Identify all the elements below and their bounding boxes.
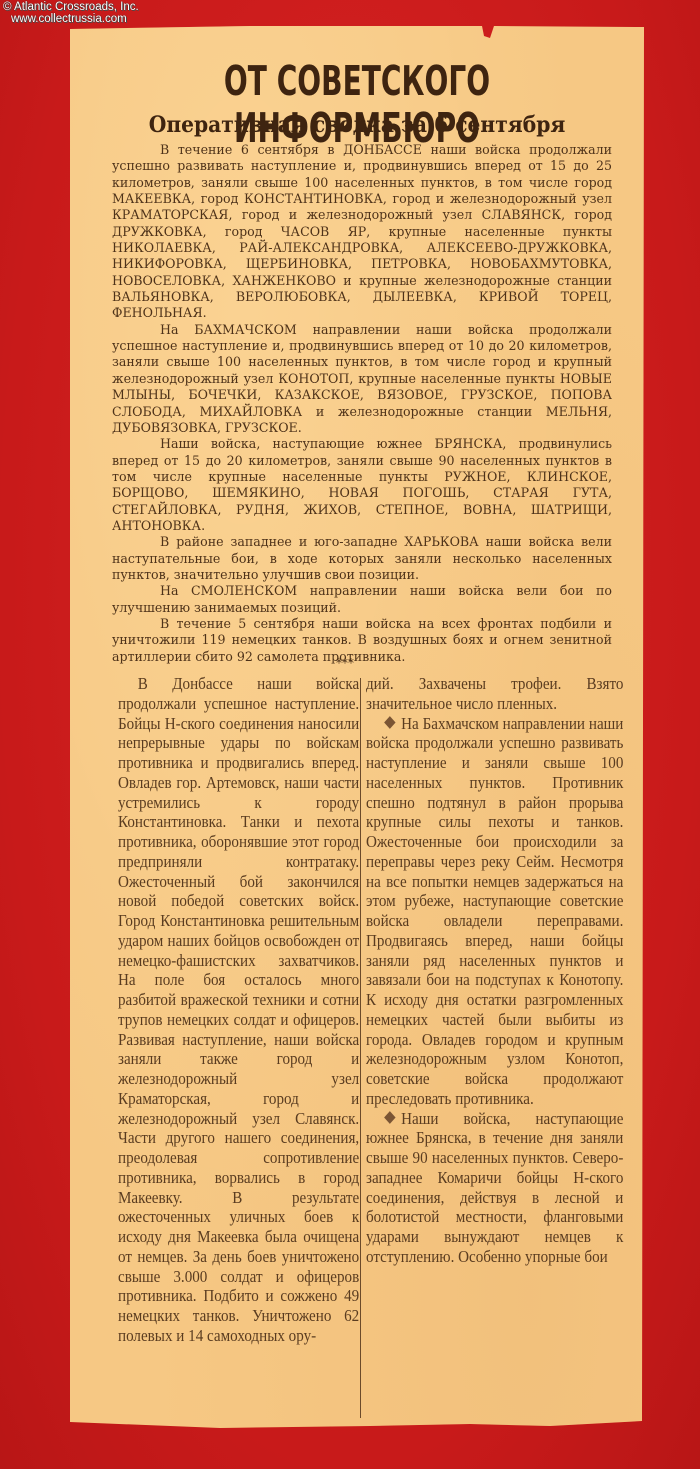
column-right-paragraph-bryansk: Наши войска, наступающие южнее Брянска, …: [366, 1109, 623, 1267]
asterism-separator: ***: [336, 656, 354, 670]
newspaper-leaflet: ОТ СОВЕТСКОГО ИНФОРМБЮРО Оперативная сво…: [70, 26, 644, 1439]
report-paragraph-kharkov: В районе западнее и юго-западне ХАРЬКОВА…: [112, 534, 612, 583]
article-column-right: дий. Захвачены трофеи. Взято значительно…: [366, 674, 623, 1267]
watermark: © Atlantic Crossroads, Inc. www.collectr…: [3, 1, 139, 25]
diamond-bullet-icon: [384, 716, 395, 729]
report-paragraph-smolensk: На СМОЛЕНСКОМ направлении наши войска ве…: [112, 583, 612, 616]
diamond-bullet-icon: [384, 1111, 395, 1124]
column-left-paragraph: В Донбассе наши войска продолжали успешн…: [118, 674, 359, 1346]
column-right-continuation: дий. Захвачены трофеи. Взято значительно…: [366, 674, 623, 714]
operational-report: В течение 6 сентября в ДОНБАССЕ наши вой…: [112, 142, 612, 665]
report-paragraph-bakhmach: На БАХМАЧСКОМ направлении наши войска пр…: [112, 322, 612, 436]
column-divider: [360, 678, 361, 1418]
report-paragraph-losses: В течение 5 сентября наши войска на всех…: [112, 616, 612, 665]
watermark-url: www.collectrussia.com: [3, 13, 139, 25]
article-column-left: В Донбассе наши войска продолжали успешн…: [118, 674, 359, 1346]
leaflet-subtitle: Оперативная сводка за 6 сентября: [93, 112, 621, 138]
report-paragraph-bryansk: Наши войска, наступающие южнее БРЯНСКА, …: [112, 436, 612, 534]
watermark-copyright: © Atlantic Crossroads, Inc.: [3, 1, 139, 13]
leaflet-title: ОТ СОВЕТСКОГО ИНФОРМБЮРО: [133, 58, 581, 152]
report-paragraph-donbass: В течение 6 сентября в ДОНБАССЕ наши вой…: [112, 142, 612, 322]
column-right-paragraph-bakhmach: На Бахмачском направлении наши войска пр…: [366, 714, 623, 1109]
